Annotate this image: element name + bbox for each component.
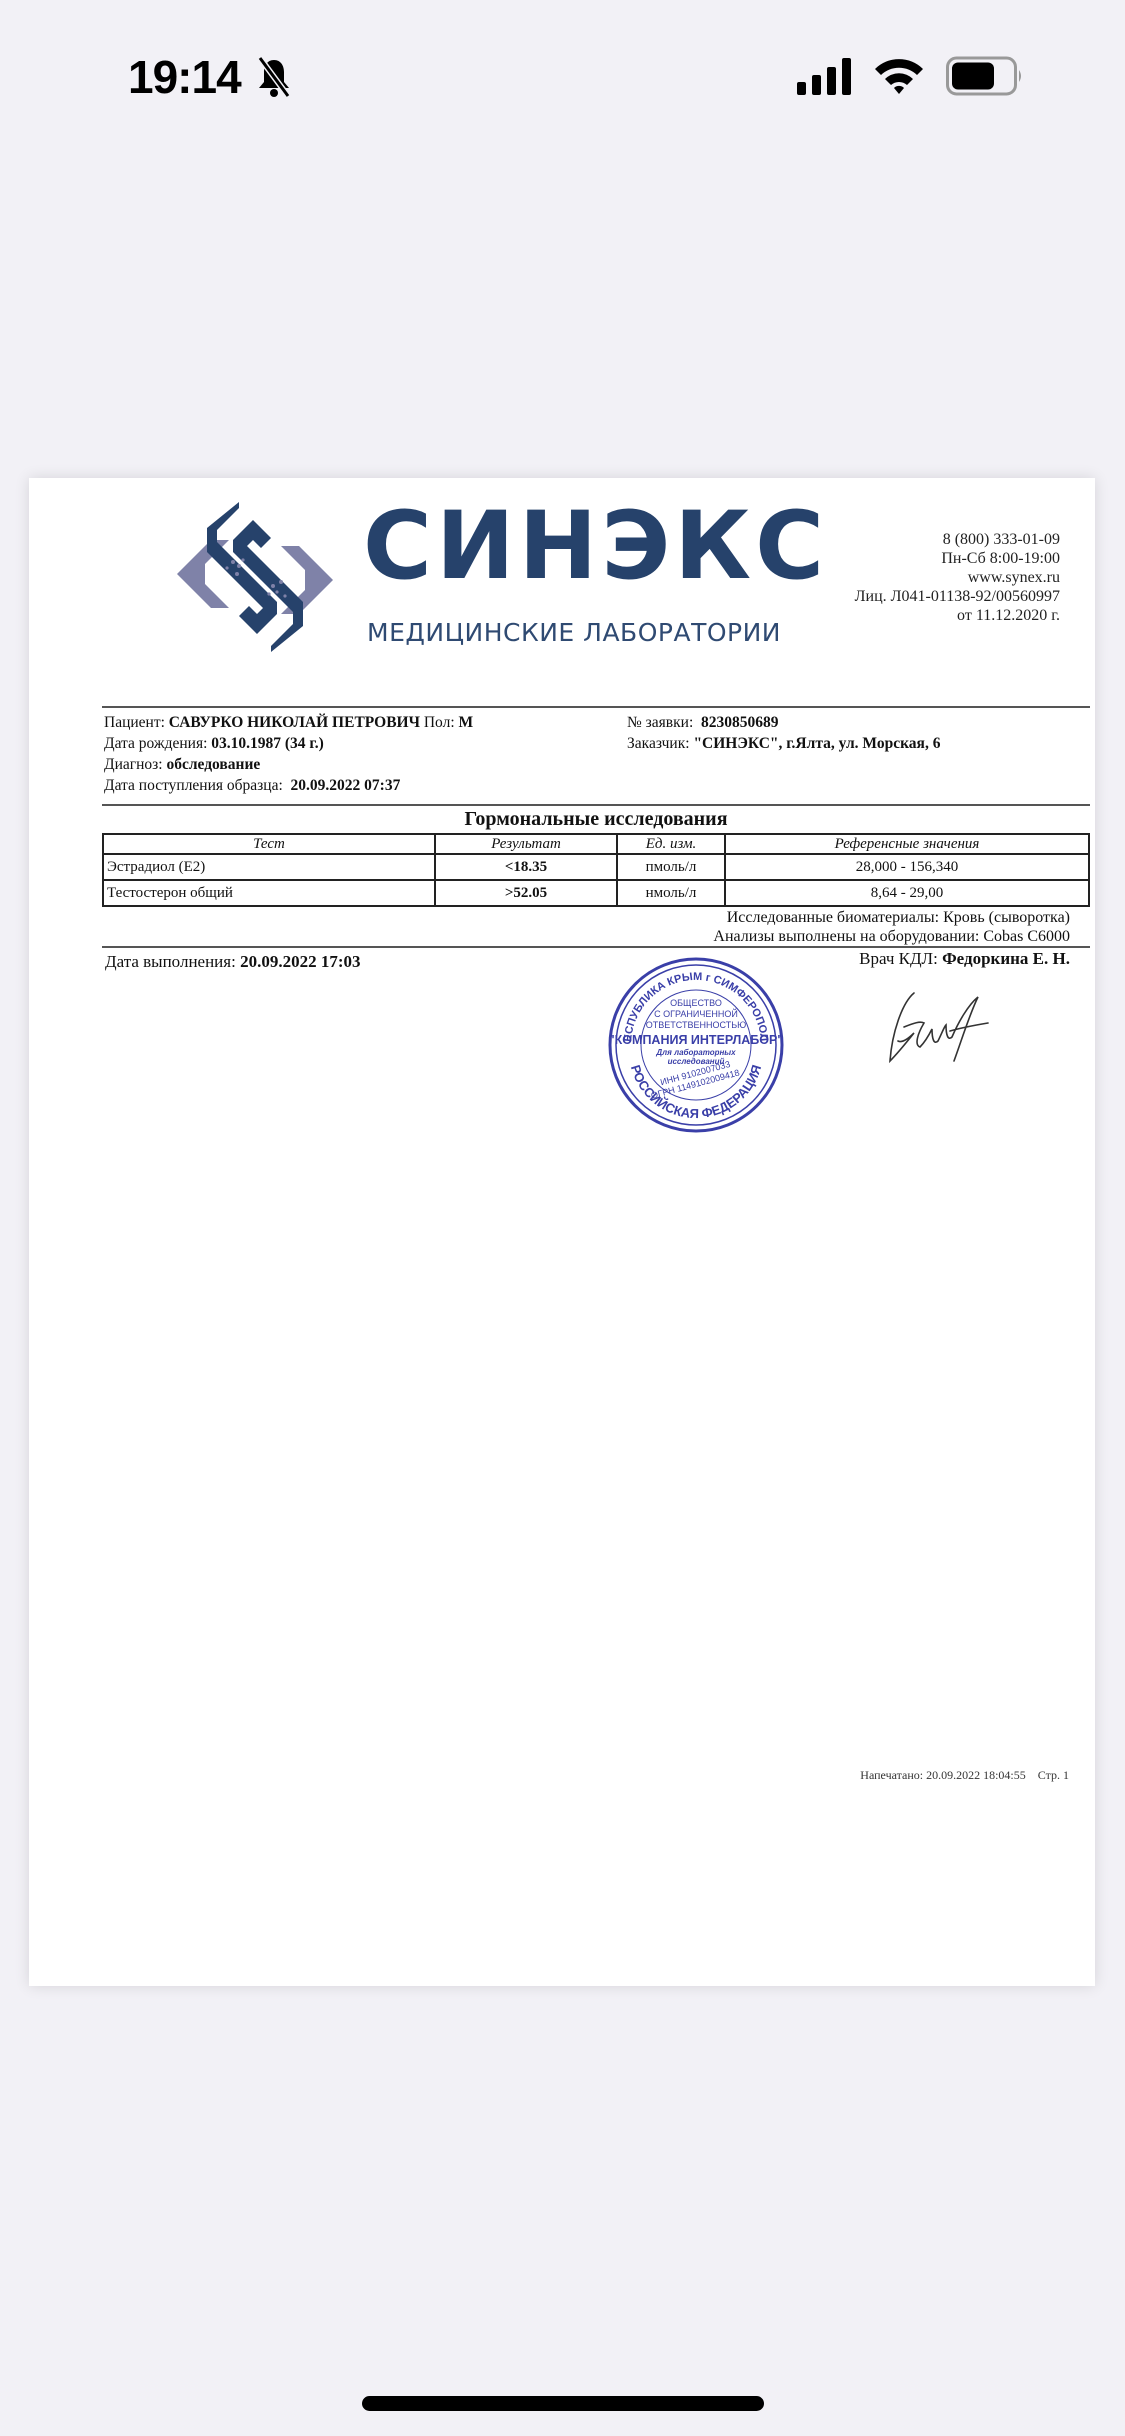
patient-info-left: Пациент: САВУРКО НИКОЛАЙ ПЕТРОВИЧ Пол: М… [104,712,473,796]
patient-sex: М [459,714,474,731]
patient-diagnosis: обследование [166,756,260,773]
battery-icon [946,56,1024,96]
column-header: Тест [103,834,435,854]
patient-dob: 03.10.1987 (34 г.) [211,735,324,752]
test-name: Тестостерон общий [103,880,435,906]
test-name: Эстрадиол (E2) [103,854,435,880]
doctor-name: Федоркина Е. Н. [942,949,1070,968]
diagnosis-line: Диагноз: обследование [104,754,473,775]
synex-logo-icon [177,502,333,652]
logo-name: СИНЭКС [363,500,828,594]
logo-subtitle: МЕДИЦИНСКИЕ ЛАБОРАТОРИИ [367,618,781,647]
order-number: 8230850689 [701,714,779,731]
cellular-signal-icon [797,57,857,95]
table-row: Тестостерон общий >52.05 нмоль/л 8,64 - … [103,880,1089,906]
equipment: Анализы выполнены на оборудовании: Cobas… [713,927,1070,946]
svg-text:"КОМПАНИЯ ИНТЕРЛАБОР": "КОМПАНИЯ ИНТЕРЛАБОР" [609,1033,784,1047]
test-reference: 8,64 - 29,00 [725,880,1089,906]
divider [102,804,1090,806]
bell-slash-icon [254,56,294,98]
sample-date-line: Дата поступления образца: 20.09.2022 07:… [104,775,473,796]
execution-date: 20.09.2022 17:03 [240,952,360,971]
test-result: <18.35 [435,854,617,880]
lab-contacts: 8 (800) 333-01-09 Пн-Сб 8:00-19:00 www.s… [855,530,1060,625]
wifi-icon [873,55,925,95]
svg-text:ОТВЕТСТВЕННОСТЬЮ: ОТВЕТСТВЕННОСТЬЮ [646,1020,746,1030]
results-table: Тест Результат Ед. изм. Референсные знач… [102,833,1090,907]
signature-icon [884,983,994,1073]
lab-license-date: от 11.12.2020 г. [855,606,1060,625]
divider [102,946,1090,948]
test-reference: 28,000 - 156,340 [725,854,1089,880]
doctor-line: Врач КДЛ: Федоркина Е. Н. [859,949,1070,969]
patient-name: САВУРКО НИКОЛАЙ ПЕТРОВИЧ [169,714,420,731]
column-header: Ед. изм. [617,834,725,854]
execution-date-line: Дата выполнения: 20.09.2022 17:03 [105,952,361,972]
test-result: >52.05 [435,880,617,906]
test-unit: нмоль/л [617,880,725,906]
test-unit: пмоль/л [617,854,725,880]
customer-line: Заказчик: "СИНЭКС", г.Ялта, ул. Морская,… [627,733,940,754]
section-title: Гормональные исследования [102,808,1090,831]
patient-line: Пациент: САВУРКО НИКОЛАЙ ПЕТРОВИЧ Пол: М [104,712,473,733]
divider [102,706,1090,708]
home-indicator[interactable] [362,2396,764,2411]
order-line: № заявки: 8230850689 [627,712,940,733]
lab-license: Лиц. Л041-01138-92/00560997 [855,587,1060,606]
dob-line: Дата рождения: 03.10.1987 (34 г.) [104,733,473,754]
company-stamp-icon: РЕСПУБЛИКА КРЫМ г СИМФЕРОПОЛЬ РОССИЙСКАЯ… [607,956,785,1134]
column-header: Результат [435,834,617,854]
document-page: СИНЭКС МЕДИЦИНСКИЕ ЛАБОРАТОРИИ 8 (800) 3… [29,478,1095,1986]
svg-text:С ОГРАНИЧЕННОЙ: С ОГРАНИЧЕННОЙ [654,1008,738,1019]
table-header-row: Тест Результат Ед. изм. Референсные знач… [103,834,1089,854]
svg-text:ОБЩЕСТВО: ОБЩЕСТВО [670,998,722,1008]
biomaterial-info: Исследованные биоматериалы: Кровь (сывор… [713,908,1070,946]
table-row: Эстрадиол (E2) <18.35 пмоль/л 28,000 - 1… [103,854,1089,880]
customer: "СИНЭКС", г.Ялта, ул. Морская, 6 [693,735,940,752]
status-time: 19:14 [128,50,241,104]
order-info-right: № заявки: 8230850689 Заказчик: "СИНЭКС",… [627,712,940,754]
lab-hours: Пн-Сб 8:00-19:00 [855,549,1060,568]
biomaterial: Исследованные биоматериалы: Кровь (сывор… [713,908,1070,927]
printed-timestamp: Напечатано: 20.09.2022 18:04:55 Стр. 1 [860,1768,1069,1783]
lab-phone: 8 (800) 333-01-09 [855,530,1060,549]
svg-text:Для лабораторных: Для лабораторных [655,1048,736,1057]
sample-date: 20.09.2022 07:37 [291,777,401,794]
lab-website: www.synex.ru [855,568,1060,587]
column-header: Референсные значения [725,834,1089,854]
